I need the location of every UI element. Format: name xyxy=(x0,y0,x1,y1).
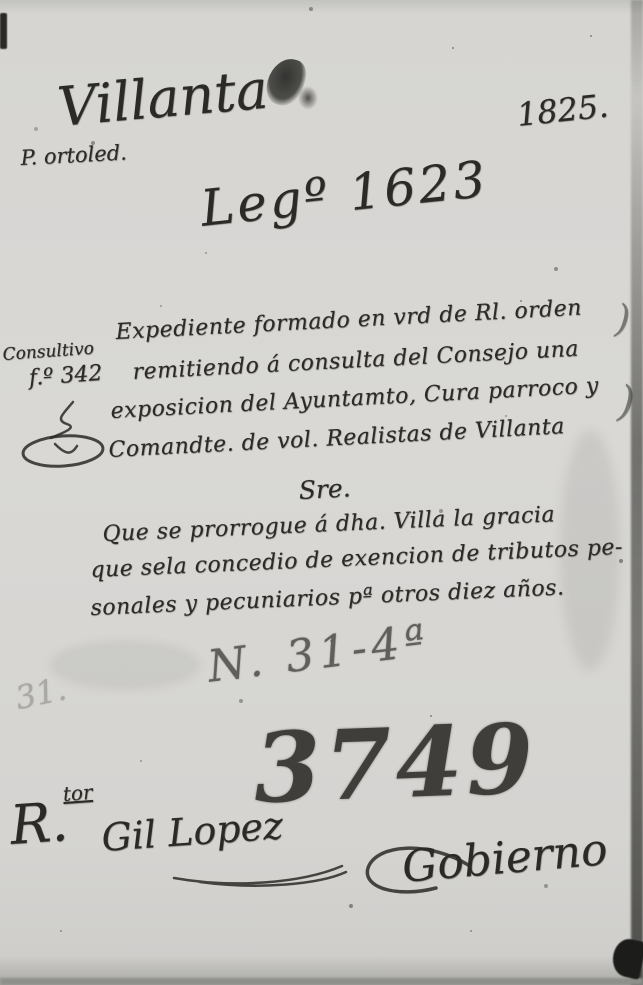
legajo-heading: Legº 1623 xyxy=(198,150,491,238)
page-edge-shadow-bottom xyxy=(0,978,643,985)
body-line: Expediente formado en vrd de Rl. orden xyxy=(115,296,583,345)
scan-edge-mark xyxy=(0,13,7,49)
signature-superscript: tor xyxy=(62,780,93,806)
margin-note-folio: f.º 342 xyxy=(28,361,103,391)
signature-flourish xyxy=(170,862,350,890)
scan-speckles xyxy=(0,0,2,2)
ink-smudge-small xyxy=(298,86,318,110)
body-line: Comandte. de vol. Realistas de Villanta xyxy=(108,414,565,463)
rubric-flourish xyxy=(15,396,115,470)
signature-name: Gil Lopez xyxy=(100,803,284,860)
page-edge-shadow-right xyxy=(631,0,643,985)
scanned-document-page: Villanta P. ortoled. 1825. Legº 1623 Con… xyxy=(0,0,643,985)
place-name-title: Villanta xyxy=(55,58,270,139)
pencil-reference-number: N. 31-4ª xyxy=(205,615,433,693)
stroke-tail-mark: ) xyxy=(614,296,632,341)
body-line: sonales y pecuniarios pª otros diez años… xyxy=(90,575,565,621)
margin-note-label: Consultivo xyxy=(2,339,95,365)
signature-initial: R. xyxy=(8,790,70,857)
paper-stain xyxy=(50,640,200,690)
year-annotation: 1825. xyxy=(515,86,610,133)
salutation: Sre. xyxy=(298,473,351,505)
faint-pencil-number: 31. xyxy=(12,669,70,717)
case-number-large: 3749 xyxy=(252,702,539,825)
place-subtitle: P. ortoled. xyxy=(20,140,127,170)
corner-ink-blob xyxy=(609,936,643,979)
office-label: Gobierno xyxy=(400,824,609,893)
